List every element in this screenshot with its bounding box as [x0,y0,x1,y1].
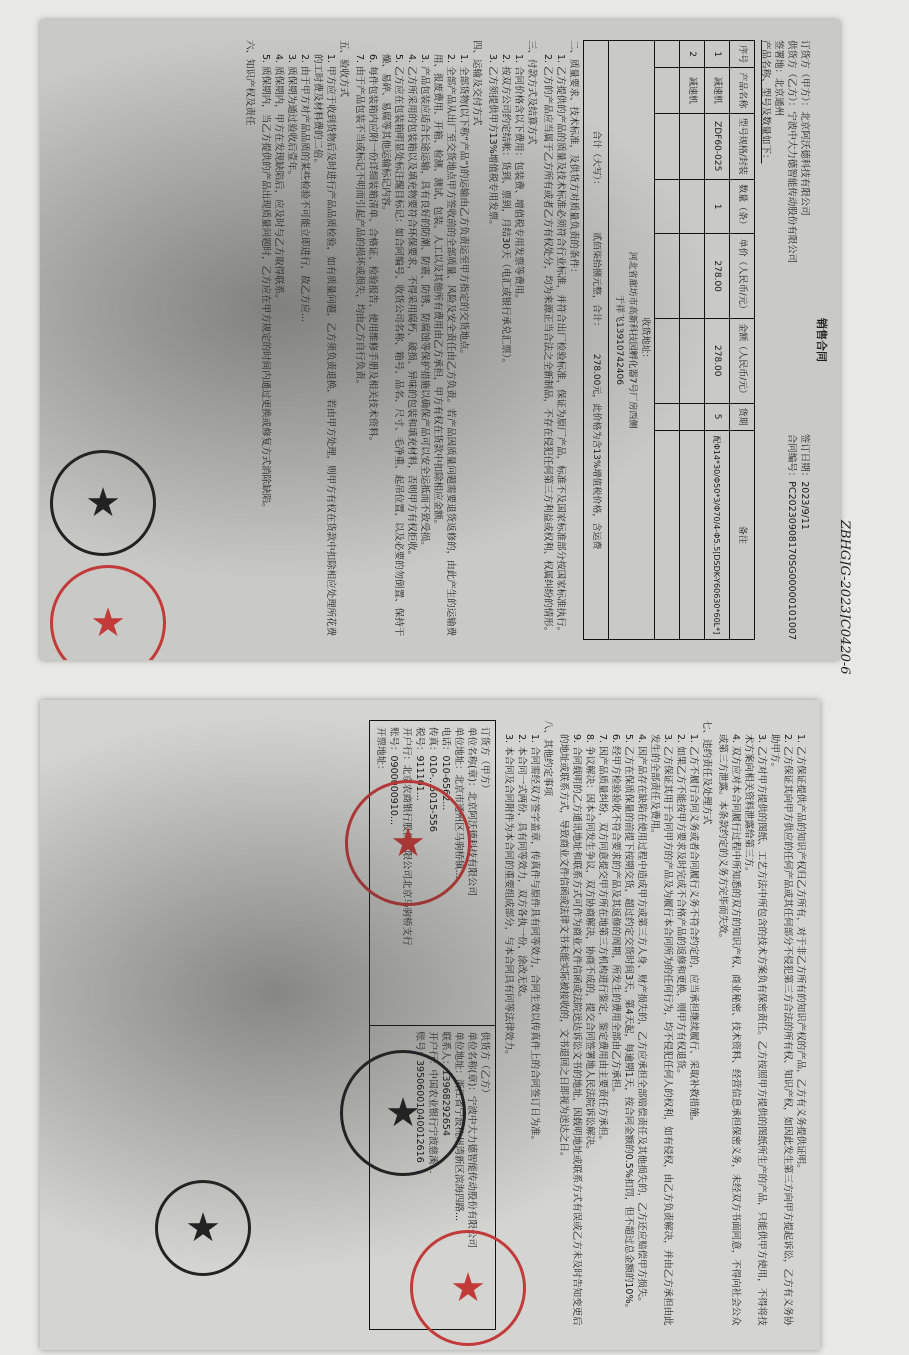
clause-heading: 七、违约责任及处理方式 [700,720,713,1330]
clause-item: 4. 双方应对本合同履行过程中所知悉的双方的知识产权、商业秘密、技术资料、经营信… [716,720,742,1330]
contract-no: PC20230908170SG00000101007 [786,481,797,640]
company-seal-stamp: ★ [340,1050,466,1176]
clause-section: 四、运输及交付方式1. 全部货物(以下称“产品”)的运输由乙方负责运至甲方指定的… [353,40,483,640]
cell-unit-price: 278.00 [705,234,730,319]
clause-item: 3. 乙方须提供甲方13%增值税专用发票。 [486,40,499,640]
clause-item: 1. 乙方保证提供产品的知识产权归乙方所有，对于非乙方所有的知识产权的产品，乙方… [794,720,807,1330]
header-cell: 金额（人民币/元） [730,318,755,403]
cell-qty: 1 [705,179,730,233]
company-seal-stamp: ★ [410,1230,526,1346]
buyer-block-title: 订货方（甲方） [478,727,491,1019]
clause-heading: 四、运输及交付方式 [470,40,483,640]
empty-row [655,41,680,640]
clause-item: 1. 乙方提供的产品的质量及技术标准必须符合行业标准，并符合出厂检验标准，保证为… [554,40,567,640]
clause-item: 2. 乙方保证其向甲方供应的任何产品或其任何部分不侵犯第三方合法的所有权、知识产… [768,720,794,1330]
seller-line: 供货方（乙方）：宁波中大力德智能传动股份有限公司 [785,40,798,263]
clause-item: 1. 甲方应于收到货物后及时进行产品品质检验，如有质量问题，乙方须负责退换，若由… [311,40,337,640]
header-cell: 单价（人民币/元） [730,234,755,319]
page-1-clauses: 二、质量要求、技术标准，及供货方对质量负责的条件：1. 乙方提供的产品的质量及技… [243,40,580,640]
star-icon: ★ [90,603,126,643]
page-1-content: 销售合同 订货方（甲方）：北京阿沃德科技有限公司 供货方（乙方）：宁波中大力德智… [70,40,830,640]
cell-model: ZDF60-025 [705,113,730,179]
clause-section: 五、验收方式1. 甲方应于收到货物后及时进行产品品质检验，如有质量问题，乙方须负… [259,40,350,640]
clause-heading: 五、验收方式 [337,40,350,640]
delivery-contact: 于祥飞13910742406 [612,45,625,635]
star-icon: ★ [390,823,426,863]
sign-date-label: 签订日期： [799,434,810,482]
clause-item: 6. 每件包装箱内应附一份详细装箱清单、合格证、检验报告、使用维修手册及相关技术… [366,40,379,640]
clause-section: 八、其他约定事项1. 合同需经双方签字盖章，传真件与原件具有同等效力，合同生效以… [502,720,554,1330]
clause-item: 6. 经甲方检验验收不符合要求的产品及其返修的周期，所发生的费用全部由乙方承担。 [609,720,622,1330]
clause-item: 1. 合同价格含以下费用：包装费、增值税专用发票等费用。 [512,40,525,640]
clause-item: 2. 按双方公司约定结帐：货到、票到，月结30天（电汇或银行承兑汇票）。 [499,40,512,640]
star-icon: ★ [385,1093,421,1133]
header-cell: 型号规格/封装 [730,113,755,179]
header-cell: 序号 [730,41,755,68]
company-seal-stamp: ★ [155,1180,251,1276]
clause-item: 3. 本合同及合同附件为本合同的重要组成部分，与本合同具有同等法律效力。 [502,720,515,1330]
clause-heading: 二、质量要求、技术标准，及供货方对质量负责的条件： [567,40,580,640]
cell-amount: 278.00 [705,318,730,403]
product-table: 序号 产品名称 型号规格/封装 数量（条） 单价（人民币/元） 金额（人民币/元… [583,40,755,640]
clause-item: 9. 合同载明的乙方通讯地址和联系方式可作为商业文件信函或法院送达诉讼文书的地址… [557,720,583,1330]
clause-item: 8. 争议解决：因本合同发生争议，双方协商解决，协商不成的，提交合同签署地人民法… [583,720,596,1330]
cell-lead-time: 5 [705,403,730,430]
table-row: 2 减速机 [680,41,705,640]
sign-place: 签署地：北京通州 [772,40,785,263]
clause-item: 5. 乙方应在包装箱明显处标注醒目标记：如合同编号、收货公司名称、箱号、品名、尺… [379,40,405,640]
intro-line: 产品名称、型号及数量如下： [759,40,772,263]
clause-item: 5. 质保期内，当乙方提供的产品出现质量问题时，乙方应在甲方规定的时间内通过更换… [259,40,272,640]
table-header-row: 序号 产品名称 型号规格/封装 数量（条） 单价（人民币/元） 金额（人民币/元… [730,41,755,640]
header-cell: 货期 [730,403,755,430]
clause-item: 4. 质保期内，甲方在发现缺陷后，应及时与乙方取得联系。 [272,40,285,640]
clause-item: 3. 产品包装应适合长途运输，具有良好的防潮、防震、防锈、防腐蚀等保护措施以确保… [418,40,431,640]
clause-section: 七、违约责任及处理方式1. 乙方不履行合同义务或者合同履行义务不符合约定的，应当… [557,720,713,1330]
cell-model [680,113,705,179]
page-2-clauses: 1. 乙方保证提供产品的知识产权归乙方所有，对于非乙方所有的知识产权的产品，乙方… [502,720,807,1330]
contract-page-1: 销售合同 订货方（甲方）：北京阿沃德科技有限公司 供货方（乙方）：宁波中大力德智… [40,20,840,660]
total-row: 合计（大写）： 贰佰柒拾捌元整，合计： 278.00元，此价格为含13%增值税价… [584,41,609,640]
cell-no: 2 [680,41,705,68]
contract-title: 销售合同 [815,40,828,640]
sign-date: 2023/9/11 [799,481,810,530]
cell-lead-time [680,403,705,430]
clause-section: 六、知识产权及责任 [243,40,256,640]
delivery-address: 河北省廊坊市高新科技园孵化器7号厂房西侧 [625,45,638,635]
clause-item: 2. 本合同一式两份，具有同等效力，双方各执一份，涂改无效。 [515,720,528,1330]
clause-item: 4. 乙方所采用的包装箱以及填充物要符合环保要求，不得采用腐朽、破损、异味的包装… [405,40,418,640]
cell-no: 1 [705,41,730,68]
clause-item: 2. 如果乙方不能按甲方要求及时完成不合格产品的返修和更换，则甲方有权退货。 [674,720,687,1330]
cell-note: 配Φ14*30/Φ50*3/Φ70/4-Φ5.5[DSDK-Y60630*60L… [705,430,730,639]
clause-section: 1. 乙方保证提供产品的知识产权归乙方所有，对于非乙方所有的知识产权的产品，乙方… [716,720,807,1330]
cell-amount [680,318,705,403]
clause-item: 2. 全部产品从出厂至交货地点甲方签收前的全部质量、风险及安全责任由乙方负责。若… [431,40,457,640]
table-row: 1 减速机 ZDF60-025 1 278.00 278.00 5 配Φ14*3… [705,41,730,640]
buyer-line: 订货方（甲方）：北京阿沃德科技有限公司 [798,40,811,263]
star-icon: ★ [85,483,121,523]
clause-heading: 六、知识产权及责任 [243,40,256,640]
delivery-address-label: 收货地址： [638,45,651,635]
star-icon: ★ [185,1208,221,1248]
clause-heading: 三、付款方式及结算方式 [525,40,538,640]
cell-unit-price [680,234,705,319]
header-cell: 数量（条） [730,179,755,233]
clause-item: 3. 乙方对甲方提供的图纸、工艺方法中所包含的技术方案负有保密责任。乙方按照甲方… [742,720,768,1330]
total-amount: 278.00元，此价格为含13%增值税价格，含运费 [592,354,602,550]
clause-item: 7. 由于产品包装不当或标记不明而引起产品的损坏或损失，均由乙方自行负责。 [353,40,366,640]
clause-item: 3. 质保期为通过验收后壹年。 [285,40,298,640]
clause-item: 2. 由于甲方对产品品质的某些检验不可能立即进行，故乙方应... [298,40,311,640]
total-label: 合计（大写）： [592,131,602,190]
clause-section: 二、质量要求、技术标准，及供货方对质量负责的条件：1. 乙方提供的产品的质量及技… [541,40,580,640]
clause-item: 3. 乙方保证其用于合同甲方的产品及为履行本合同所为的任何行为，均不侵犯任何人的… [648,720,674,1330]
company-seal-stamp: ★ [345,780,471,906]
cell-name: 减速机 [705,68,730,113]
clause-item: 1. 乙方不履行合同义务或者合同履行义务不符合约定的，应当承担继续履行、采取补救… [687,720,700,1330]
total-text: 贰佰柒拾捌元整，合计： [592,232,602,331]
clause-item: 7. 因产品质量纠纷，双方同意提交甲方所在地第三方机构进行鉴定，鉴定费用由主要责… [596,720,609,1330]
header-cell: 备注 [730,430,755,639]
star-icon: ★ [450,1268,486,1308]
clause-item: 5. 乙方在保质保量的前提下按期交货，超过约定交货时间3天，第4天起，每逾期1天… [622,720,635,1330]
contract-no-label: 合同编号： [786,434,797,482]
clause-heading: 八、其他约定事项 [541,720,554,1330]
cell-note [680,430,705,639]
cell-qty [680,179,705,233]
clause-item: 2. 乙方的产品应当属于乙方所有或者乙方有权处分，均为来源正当合法之全新制品，不… [541,40,554,640]
header-cell: 产品名称 [730,68,755,113]
clause-item: 4. 因产品存在缺陷在使用过程中造成甲方或第三方人身、财产损失的，乙方应承担全部… [635,720,648,1330]
cell-name: 减速机 [680,68,705,113]
clause-item: 1. 合同需经双方签字盖章，传真件与原件具有同等效力，合同生效以传真件上的合同签… [528,720,541,1330]
contract-page-2: 1. 乙方保证提供产品的知识产权归乙方所有，对于非乙方所有的知识产权的产品，乙方… [40,700,820,1350]
clause-item: 1. 全部货物(以下称“产品”)的运输由乙方负责运至甲方指定的交货地点。 [457,40,470,640]
buyer-company: 单位名称(章)：北京阿沃德科技有限公司 [465,727,478,1019]
clause-section: 三、付款方式及结算方式1. 合同价格含以下费用：包装费、增值税专用发票等费用。2… [486,40,538,640]
company-seal-stamp: ★ [50,450,156,556]
delivery-address-row: 收货地址： 河北省廊坊市高新科技园孵化器7号厂房西侧 于祥飞1391074240… [609,41,655,640]
